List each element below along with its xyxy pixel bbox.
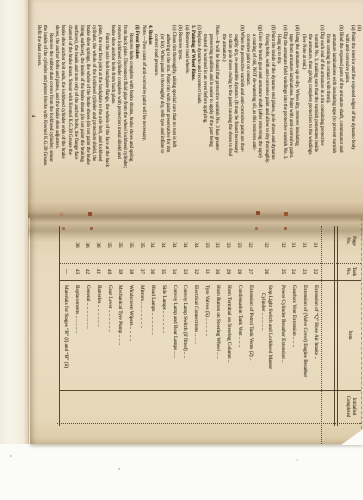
table-row: 3641Batteries .. .. .. .. .. ..	[93, 218, 104, 444]
scan-background-left	[0, 0, 29, 447]
staple	[88, 212, 92, 216]
table-row: —Materials for Stages “B” (i) and “B” (i…	[60, 218, 71, 444]
right-page: Page No. Task No. Item Initialled Comple…	[30, 218, 363, 444]
cell-page-no: 34	[171, 218, 177, 263]
cell-page-no: 32	[280, 218, 286, 263]
item-line: Windscreen Wipers .. .. .. ..	[127, 285, 134, 390]
cell-item: Convoy Lamp Switch (if fitted) .. ..	[181, 280, 188, 390]
cell-task-no: 37	[139, 263, 145, 280]
cell-page-no: 32	[247, 218, 253, 263]
text-line: 3. Painting of Wheel Rims.	[189, 25, 195, 207]
cell-page-no: 31	[301, 218, 307, 263]
left-page-rotated-content: (ii)(a) Paint the interior and the expos…	[28, 0, 363, 218]
cell-item: Tyre Valves (5) .. .. .. .. ..	[203, 280, 210, 390]
cell-page-no: 33	[225, 218, 231, 263]
text-line: (c) Dip each end of the armature in a ti…	[318, 25, 324, 207]
text-line: (e) Dip the armature field windings into…	[281, 25, 287, 207]
cell-task-no: 31	[204, 263, 210, 280]
cell-page-no: 31	[290, 218, 296, 263]
table-row: 3124Gearbox Vent Extension .. .. ..	[288, 218, 299, 444]
text-line: surfaces), the heads and nuts only of th…	[72, 25, 78, 207]
column-header-page-no: Page No.	[345, 222, 356, 260]
header-task-line1: Task	[350, 262, 356, 281]
cell-task-no: 30	[214, 263, 220, 280]
cell-task-no: 43	[74, 263, 80, 280]
text-line: (or kit). When paint is thoroughly dry, …	[158, 25, 164, 207]
item-line: Gear Lever .. .. .. .. .. ..	[106, 285, 113, 390]
scan-speck	[118, 468, 120, 470]
text-line: varnish No. 3, making sure that the varn…	[312, 25, 318, 207]
cell-page-no: 36	[84, 218, 90, 263]
text-line: correct road pressure.	[152, 25, 158, 207]
table-row: 3434Convoy Lamp and Rear Lamps .. ..	[169, 218, 180, 444]
cell-page-no: 34	[149, 218, 155, 263]
cell-task-no: 39	[117, 263, 123, 280]
table-row: 3329Horn Terminal on Steering Column ..	[223, 218, 234, 444]
cell-task-no: 24	[290, 263, 296, 280]
table-header-double-rule	[334, 226, 338, 426]
staple	[256, 211, 260, 215]
table-row: 3436Head Lamps .. .. .. .. .. ..	[147, 218, 158, 444]
table-row: 3435Side Lamps .. .. .. .. .. ..	[158, 218, 169, 444]
text-line: with anti-corrosive paint.	[343, 25, 349, 207]
text-line: the inside of the cylinder and piston bl…	[41, 25, 47, 207]
text-line: plate, the rear face joint at the backpl…	[96, 25, 102, 207]
text-line: fixing bolts, with anti-corrosive paint …	[263, 25, 269, 207]
cell-task-no: 28	[236, 263, 242, 280]
text-line: (g) Give the brush gear and armature sha…	[256, 25, 262, 207]
text-line: tape from armature laminations. Paint wi…	[287, 25, 293, 207]
text-line: shoes, the anchor bolts and plates, and …	[53, 25, 59, 207]
column-header-item: Item	[346, 280, 352, 390]
text-line: (a) Paint the interior and the exposed e…	[349, 25, 355, 207]
item-line: Horn Button on Steering Wheel .. ..	[214, 285, 221, 390]
text-line: channel of the brake drum. Smear with Kr…	[66, 25, 72, 207]
staple	[255, 227, 258, 230]
text-line: brake shoe springs, the whole of the bra…	[84, 25, 90, 207]
cell-item: Batteries .. .. .. .. .. ..	[95, 280, 102, 390]
left-page-text: (ii)(a) Paint the interior and the expos…	[35, 25, 361, 207]
text-line: armature laminations with insulating tap…	[330, 25, 336, 207]
item-line: Extension of “Q” Hose Air Intake ..	[312, 285, 319, 390]
text-line: Note.—Two coats of anti-corrosive paint …	[139, 25, 145, 207]
cell-task-no: 36	[149, 263, 155, 280]
text-line: (a) Remove road wheels.	[182, 25, 188, 207]
staple	[284, 227, 287, 230]
item-line: Condensation Tank Vent .. .. ..	[236, 285, 243, 390]
perforation-edge	[361, 218, 362, 444]
text-line: Note.—It will be found that protective v…	[213, 25, 219, 207]
item-line: Extension of (Valve Cover) Engine Breath…	[301, 285, 308, 390]
cell-page-no: 34	[160, 218, 166, 263]
cell-item: Extension of Petrol Tank Vents (2) ..	[247, 280, 254, 390]
staple	[90, 227, 93, 230]
cell-task-no: 32	[193, 263, 199, 280]
text-line: from back plate. Disconnect fluid pipe f…	[121, 25, 127, 207]
cell-task-no: 41	[95, 263, 101, 280]
column-header-initialled: Initialled Completed	[345, 388, 356, 425]
cell-page-no: 35	[106, 218, 112, 263]
item-line: Materials for Stages “B” (i) and “B” (ii…	[62, 285, 69, 390]
text-line: (b) Bind the exposed parts of the armatu…	[336, 25, 342, 207]
cell-task-no: 26	[263, 263, 269, 280]
item-line: Convoy Lamp Switch (if fitted) .. ..	[181, 285, 188, 390]
cell-page-no: 32	[263, 218, 269, 263]
table-row: 3537Mirrors .. .. .. .. .. .. ..	[136, 218, 147, 444]
text-line: to skim pole shoes owing to the paint ca…	[226, 25, 232, 207]
table-dotted-rule	[321, 226, 322, 444]
item-line: Cylinder .. .. .. .. ..	[259, 285, 266, 390]
left-page: (ii)(a) Paint the interior and the expos…	[28, 0, 363, 218]
cell-task-no: 35	[160, 263, 166, 280]
text-line: remove lockheed cylinder complete with p…	[115, 25, 121, 207]
text-line: preserving qualities and is easier to ap…	[207, 25, 213, 207]
table-row: 3122Extension of “Q” Hose Air Intake ..	[310, 218, 321, 444]
cell-item: Stop Light Switch and Lockheed MasterCyl…	[259, 280, 273, 390]
text-line: lining surfaces), the inside of the brak…	[78, 25, 84, 207]
item-line: Power Cylinder Breather Extension ..	[279, 285, 286, 390]
text-line: cylinder, the whole of the lockheed cyli…	[90, 25, 96, 207]
table-row: 3643Replacements .. .. .. .. ..	[71, 218, 82, 444]
cell-item: Mirrors .. .. .. .. .. .. ..	[138, 280, 145, 390]
cell-item: Extension of (Valve Cover) Engine Breath…	[301, 280, 308, 390]
cell-page-no: 35	[139, 218, 145, 263]
record-table: Page No. Task No. Item Initialled Comple…	[30, 218, 363, 444]
text-line: (See Note at end.)	[299, 25, 305, 207]
cell-task-no: —	[63, 263, 69, 280]
table-row: 3123Extension of (Valve Cover) Engine Br…	[299, 218, 310, 444]
staple	[62, 227, 65, 230]
item-line: Replacements .. .. .. .. ..	[73, 285, 80, 390]
cell-task-no: 40	[106, 263, 112, 280]
item-line: Batteries .. .. .. .. .. ..	[95, 285, 102, 390]
staple	[60, 213, 63, 216]
text-line: adhering to the rim. Paint rim with pain…	[164, 25, 170, 207]
header-page-line2: No.	[345, 222, 351, 260]
scan-speck	[10, 455, 12, 457]
item-line: Electrical Connections .. .. ..	[192, 285, 199, 390]
text-line: oughly dry, re-assemble dynamo. (It may …	[232, 25, 238, 207]
table-row: 3225Power Cylinder Breather Extension ..	[277, 218, 288, 444]
header-task-line2: No.	[345, 262, 351, 281]
cell-item: Horn Button on Steering Wheel .. ..	[214, 280, 221, 390]
text-line: Remove hubs complete with brake drums, b…	[127, 25, 133, 207]
text-line: (c) Clean rim thoroughly, taking special…	[170, 25, 176, 207]
cell-page-no: 31	[312, 218, 318, 263]
scan-background-bottom	[0, 444, 363, 500]
text-line: (h) When the protective varnish and anti…	[238, 25, 244, 207]
table-row: 3540Gear Lever .. .. .. .. .. ..	[104, 218, 115, 444]
table-rows: 3122Extension of “Q” Hose Air Intake ..3…	[60, 218, 320, 444]
text-line: (d) Hang the armature up to dry. When dr…	[293, 25, 299, 207]
text-line: (b) Remove tyres.	[176, 25, 182, 207]
item-line: Convoy Lamp and Rear Lamps .. ..	[171, 285, 178, 390]
table-row: 3328Condensation Tank Vent .. .. ..	[234, 218, 245, 444]
cell-task-no: 27	[247, 263, 253, 280]
cell-page-no: 34	[193, 218, 199, 263]
cell-task-no: 23	[301, 263, 307, 280]
table-row: 3538Windscreen Wipers .. .. .. ..	[125, 218, 136, 444]
table-row: 3432Electrical Connections .. .. ..	[190, 218, 201, 444]
item-line: General .. .. .. .. .. .. ..	[84, 285, 91, 390]
cell-item: Convoy Lamp and Rear Lamps .. ..	[171, 280, 178, 390]
text-line: brake shoe anchor bolts from back plate.	[109, 25, 115, 207]
cell-page-no: 35	[128, 218, 134, 263]
cell-task-no: 29	[225, 263, 231, 280]
cell-item: Materials for Stages “B” (i) and “B” (ii…	[62, 280, 69, 390]
table-row: 3226Stop Light Switch and Lockheed Maste…	[255, 218, 277, 444]
staple	[284, 212, 288, 216]
cell-task-no: 38	[128, 263, 134, 280]
cell-task-no: 34	[171, 263, 177, 280]
page-number: 4	[31, 25, 37, 207]
cell-page-no: 33	[204, 218, 210, 263]
cell-page-no: 34	[182, 218, 188, 263]
item-line: Extension of Petrol Tank Vents (2) ..	[247, 285, 254, 390]
item-line: Head Lamps .. .. .. .. .. ..	[149, 285, 156, 390]
cell-item: Mechanical Tyre Pump .. .. ..	[116, 280, 123, 390]
item-line: Mirrors .. .. .. .. .. .. ..	[138, 285, 145, 390]
cell-page-no: 36	[74, 218, 80, 263]
text-line: 4. Brakes	[146, 25, 152, 207]
scan-speck	[296, 459, 298, 461]
cell-item: Extension of “Q” Hose Air Intake ..	[312, 280, 319, 390]
cell-item: Power Cylinder Breather Extension ..	[279, 280, 286, 390]
text-line: (ii)	[355, 25, 361, 207]
scanned-booklet-spread: (ii)(a) Paint the interior and the expos…	[0, 0, 363, 500]
header-initialled-line2: Completed	[345, 388, 351, 425]
cell-page-no: 33	[236, 218, 242, 263]
text-line: the armature.)	[219, 25, 225, 207]
cell-page-no: 35	[117, 218, 123, 263]
cell-page-no: 36	[95, 218, 101, 263]
text-line: a coating of old, NOT de-watering oil, a…	[250, 25, 256, 207]
item-line: Side Lamps .. .. .. .. .. ..	[160, 285, 167, 390]
cell-task-no: 33	[182, 263, 188, 280]
table-row: 3331Tyre Valves (5) .. .. .. .. ..	[201, 218, 212, 444]
text-line: the armature, thus giving complete prote…	[306, 25, 312, 207]
cell-item: Electrical Connections .. .. ..	[192, 280, 199, 390]
cell-task-no: 25	[280, 263, 286, 280]
column-header-task-no: Task No.	[345, 262, 356, 281]
table-row: 3330Horn Button on Steering Wheel .. ..	[212, 218, 223, 444]
cell-item: Side Lamps .. .. .. .. .. ..	[160, 280, 167, 390]
cell-item: Horn Terminal on Steering Column ..	[225, 280, 232, 390]
text-line: Paint the axle hub backplate flange, the…	[102, 25, 108, 207]
cell-item: Head Lamps .. .. .. .. .. ..	[149, 280, 156, 390]
text-line: Remove the rubber dust covers from the l…	[47, 25, 53, 207]
item-line: Tyre Valves (5) .. .. .. .. ..	[203, 285, 210, 390]
cell-item: General .. .. .. .. .. .. ..	[84, 280, 91, 390]
cell-item: Gear Lever .. .. .. .. .. ..	[106, 280, 113, 390]
cell-item: Windscreen Wipers .. .. .. ..	[127, 280, 134, 390]
text-line: (f) Paint the inside of the dynamo end p…	[269, 25, 275, 207]
cell-item: Gearbox Vent Extension .. .. ..	[290, 280, 297, 390]
text-line: treated is warmed in an oven before appl…	[201, 25, 207, 207]
table-row: 3642General .. .. .. .. .. .. ..	[82, 218, 93, 444]
cell-item: Condensation Tank Vent .. .. ..	[236, 280, 243, 390]
text-line: brake shoe anchor bolt ends, the lockhee…	[59, 25, 65, 207]
cell-task-no: 42	[84, 263, 90, 280]
item-line: Gearbox Vent Extension .. .. ..	[290, 285, 297, 390]
item-line: Stop Light Switch and Lockheed Master	[266, 285, 273, 390]
table-row: 3433Convoy Lamp Switch (if fitted) .. ..	[180, 218, 191, 444]
table-row: 3227Extension of Petrol Tank Vents (2) .…	[245, 218, 256, 444]
item-line: Horn Terminal on Steering Column ..	[225, 285, 232, 390]
item-line: Mechanical Tyre Pump .. .. ..	[116, 285, 123, 390]
header-page-line1: Page	[350, 222, 356, 260]
cell-page-no: 33	[214, 218, 220, 263]
cell-item: Replacements .. .. .. .. ..	[73, 280, 80, 390]
header-initialled-line1: Initialled	[350, 388, 356, 425]
cell-task-no: 22	[312, 263, 318, 280]
table-row: 3539Mechanical Tyre Pump .. .. ..	[114, 218, 125, 444]
